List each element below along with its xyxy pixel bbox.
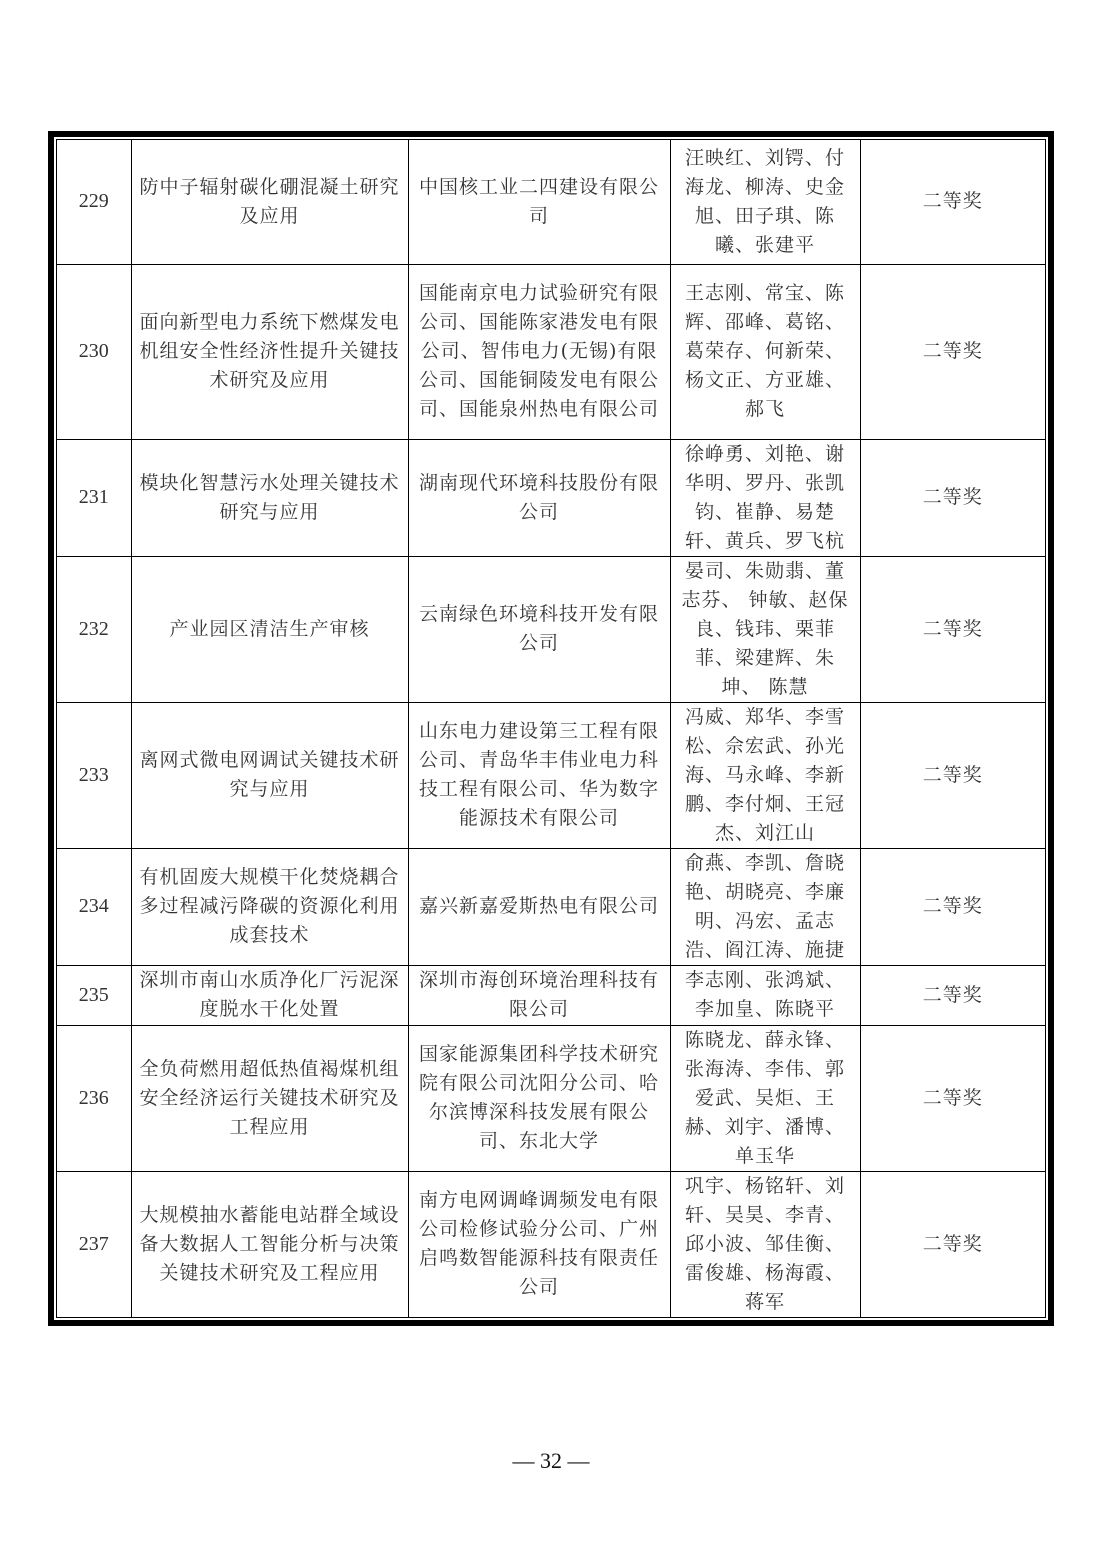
completing-people: 汪映红、刘锷、付海龙、柳涛、史金旭、田子琪、陈曦、张建平 [670, 140, 860, 264]
project-number: 237 [57, 1171, 131, 1317]
project-title: 有机固废大规模干化焚烧耦合多过程减污降碳的资源化利用成套技术 [131, 848, 408, 965]
award-level: 二等奖 [860, 965, 1045, 1025]
table-row: 233离网式微电网调试关键技术研究与应用山东电力建设第三工程有限公司、青岛华丰伟… [57, 702, 1045, 848]
awards-table-frame: 229防中子辐射碳化硼混凝土研究及应用中国核工业二四建设有限公司汪映红、刘锷、付… [48, 131, 1054, 1326]
completing-people: 俞燕、李凯、詹晓艳、胡晓亮、李廉明、冯宏、孟志浩、阎江涛、施捷 [670, 848, 860, 965]
table-row: 234有机固废大规模干化焚烧耦合多过程减污降碳的资源化利用成套技术嘉兴新嘉爱斯热… [57, 848, 1045, 965]
project-title: 离网式微电网调试关键技术研究与应用 [131, 702, 408, 848]
completing-people: 晏司、朱勋翡、董志芬、 钟敏、赵保良、钱玮、栗菲菲、梁建辉、朱坤、 陈慧 [670, 556, 860, 702]
award-level: 二等奖 [860, 556, 1045, 702]
project-title: 防中子辐射碳化硼混凝土研究及应用 [131, 140, 408, 264]
table-row: 232产业园区清洁生产审核云南绿色环境科技开发有限公司晏司、朱勋翡、董志芬、 钟… [57, 556, 1045, 702]
project-number: 235 [57, 965, 131, 1025]
project-title: 模块化智慧污水处理关键技术研究与应用 [131, 439, 408, 556]
completing-people: 李志刚、张鸿斌、李加皇、陈晓平 [670, 965, 860, 1025]
table-row: 236全负荷燃用超低热值褐煤机组安全经济运行关键技术研究及工程应用国家能源集团科… [57, 1025, 1045, 1171]
table-row: 231模块化智慧污水处理关键技术研究与应用湖南现代环境科技股份有限公司徐峥勇、刘… [57, 439, 1045, 556]
completing-people: 巩宇、杨铭轩、刘轩、吴昊、李青、邱小波、邹佳衡、雷俊雄、杨海霞、蒋军 [670, 1171, 860, 1317]
awards-table: 229防中子辐射碳化硼混凝土研究及应用中国核工业二四建设有限公司汪映红、刘锷、付… [57, 140, 1045, 1317]
completing-unit: 国能南京电力试验研究有限公司、国能陈家港发电有限公司、智伟电力(无锡)有限公司、… [408, 264, 670, 439]
completing-unit: 南方电网调峰调频发电有限公司检修试验分公司、广州启鸣数智能源科技有限责任公司 [408, 1171, 670, 1317]
completing-unit: 云南绿色环境科技开发有限公司 [408, 556, 670, 702]
project-number: 230 [57, 264, 131, 439]
completing-people: 陈晓龙、薛永锋、张海涛、李伟、郭爱武、吴炬、王赫、刘宇、潘博、单玉华 [670, 1025, 860, 1171]
project-number: 229 [57, 140, 131, 264]
project-number: 234 [57, 848, 131, 965]
project-title: 全负荷燃用超低热值褐煤机组安全经济运行关键技术研究及工程应用 [131, 1025, 408, 1171]
award-level: 二等奖 [860, 848, 1045, 965]
table-row: 235深圳市南山水质净化厂污泥深度脱水干化处置深圳市海创环境治理科技有限公司李志… [57, 965, 1045, 1025]
completing-unit: 国家能源集团科学技术研究院有限公司沈阳分公司、哈尔滨博深科技发展有限公司、东北大… [408, 1025, 670, 1171]
page-number: — 32 — [0, 1448, 1102, 1474]
award-level: 二等奖 [860, 140, 1045, 264]
completing-unit: 深圳市海创环境治理科技有限公司 [408, 965, 670, 1025]
award-level: 二等奖 [860, 1171, 1045, 1317]
completing-unit: 中国核工业二四建设有限公司 [408, 140, 670, 264]
table-row: 229防中子辐射碳化硼混凝土研究及应用中国核工业二四建设有限公司汪映红、刘锷、付… [57, 140, 1045, 264]
project-title: 产业园区清洁生产审核 [131, 556, 408, 702]
completing-unit: 山东电力建设第三工程有限公司、青岛华丰伟业电力科技工程有限公司、华为数字能源技术… [408, 702, 670, 848]
project-number: 232 [57, 556, 131, 702]
completing-people: 王志刚、常宝、陈辉、邵峰、葛铭、葛荣存、何新荣、杨文正、方亚雄、郝飞 [670, 264, 860, 439]
completing-people: 冯威、郑华、李雪松、佘宏武、孙光海、马永峰、李新鹏、李付炯、王冠杰、刘江山 [670, 702, 860, 848]
award-level: 二等奖 [860, 1025, 1045, 1171]
award-level: 二等奖 [860, 439, 1045, 556]
project-number: 236 [57, 1025, 131, 1171]
project-number: 233 [57, 702, 131, 848]
completing-unit: 嘉兴新嘉爱斯热电有限公司 [408, 848, 670, 965]
project-title: 深圳市南山水质净化厂污泥深度脱水干化处置 [131, 965, 408, 1025]
project-title: 大规模抽水蓄能电站群全域设备大数据人工智能分析与决策关键技术研究及工程应用 [131, 1171, 408, 1317]
award-level: 二等奖 [860, 264, 1045, 439]
award-level: 二等奖 [860, 702, 1045, 848]
completing-unit: 湖南现代环境科技股份有限公司 [408, 439, 670, 556]
project-number: 231 [57, 439, 131, 556]
table-row: 230面向新型电力系统下燃煤发电机组安全性经济性提升关键技术研究及应用国能南京电… [57, 264, 1045, 439]
table-row: 237大规模抽水蓄能电站群全域设备大数据人工智能分析与决策关键技术研究及工程应用… [57, 1171, 1045, 1317]
completing-people: 徐峥勇、刘艳、谢华明、罗丹、张凯钧、崔静、易楚轩、黄兵、罗飞杭 [670, 439, 860, 556]
project-title: 面向新型电力系统下燃煤发电机组安全性经济性提升关键技术研究及应用 [131, 264, 408, 439]
